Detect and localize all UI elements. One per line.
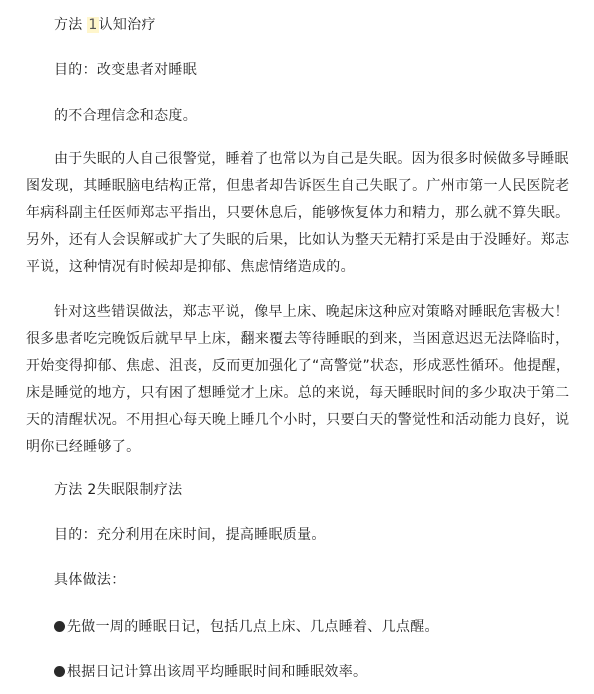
paragraph-misperception: 由于失眠的人自己很警觉，睡着了也常以为自己是失眠。因为很多时候做多导睡眠图发现，… [26,146,574,281]
method2-howto: 具体做法： [54,567,574,594]
method2-title: 失眠限制疗法 [97,482,183,498]
bullet-text: 先做一周的睡眠日记，包括几点上床、几点睡着、几点醒。 [67,619,439,635]
method2-prefix: 方法 [54,482,87,498]
bullet-item: 根据日记计算出该周平均睡眠时间和睡眠效率。 [54,659,574,686]
method1-title: 认知治疗 [99,17,156,33]
method1-goal-line1: 目的：改变患者对睡眠 [54,57,574,84]
method2-heading: 方法 2失眠限制疗法 [54,477,574,504]
paragraph-wrong-practices: 针对这些错误做法，郑志平说，像早上床、晚起床这种应对策略对睡眠危害极大！很多患者… [26,299,574,461]
method1-number: 1 [87,17,98,33]
method1-prefix: 方法 [54,17,87,33]
bullet-dot-icon [54,666,65,677]
bullet-dot-icon [54,621,65,632]
method2-goal: 目的：充分利用在床时间，提高睡眠质量。 [54,522,574,549]
bullet-item: 先做一周的睡眠日记，包括几点上床、几点睡着、几点醒。 [54,614,574,641]
method2-number: 2 [87,482,96,498]
method1-heading: 方法 1认知治疗 [54,12,574,39]
bullet-text: 根据日记计算出该周平均睡眠时间和睡眠效率。 [67,664,367,680]
method1-goal-line2: 的不合理信念和态度。 [54,103,574,130]
